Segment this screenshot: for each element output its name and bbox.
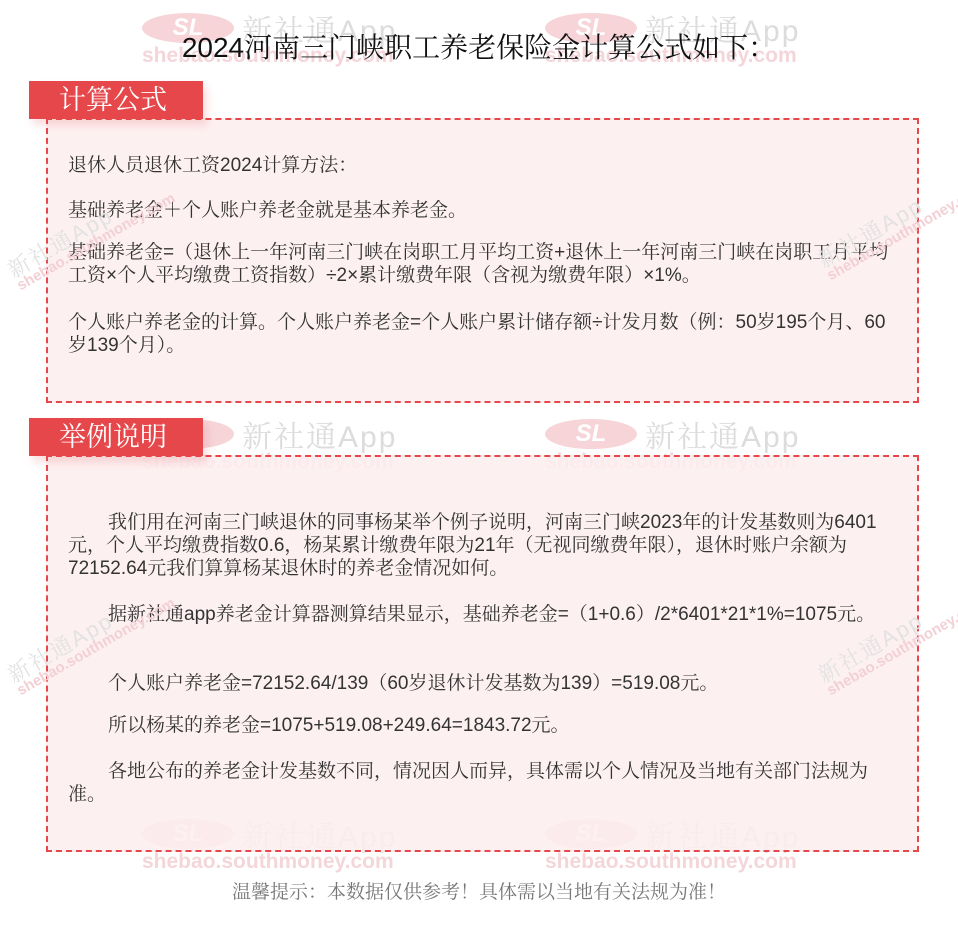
formula-paragraph: 基础养老金=（退休上一年河南三门峡在岗职工月平均工资+退休上一年河南三门峡在岗职… [68,241,891,287]
watermark-title: 新社通App [645,412,800,456]
formula-paragraph: 退休人员退休工资2024计算方法： [68,154,891,177]
example-paragraph: 据新社通app养老金计算器测算结果显示，基础养老金=（1+0.6）/2*6401… [68,603,891,626]
formula-box: 退休人员退休工资2024计算方法： 基础养老金＋个人账户养老金就是基本养老金。 … [46,118,919,403]
example-paragraph: 我们用在河南三门峡退休的同事杨某举个例子说明，河南三门峡2023年的计发基数则为… [68,511,891,580]
watermark-url: shebao.southmoney.com [142,850,397,874]
section-tag-example: 举例说明 [29,418,203,456]
example-box: 我们用在河南三门峡退休的同事杨某举个例子说明，河南三门峡2023年的计发基数则为… [46,455,919,852]
section-tag-formula: 计算公式 [29,81,203,119]
footer-disclaimer: 温馨提示：本数据仅供参考！具体需以当地有关法规为准！ [0,877,958,904]
formula-paragraph: 基础养老金＋个人账户养老金就是基本养老金。 [68,199,891,222]
example-paragraph: 所以杨某的养老金=1075+519.08+249.64=1843.72元。 [68,714,891,737]
example-paragraph: 个人账户养老金=72152.64/139（60岁退休计发基数为139）=519.… [68,672,891,695]
formula-paragraph: 个人账户养老金的计算。个人账户养老金=个人账户累计储存额÷计发月数（例：50岁1… [68,311,891,357]
page-title: 2024河南三门峡职工养老保险金计算公式如下： [0,26,958,66]
watermark-url: shebao.southmoney.com [545,850,800,874]
example-paragraph: 各地公布的养老金计发基数不同，情况因人而异，具体需以个人情况及当地有关部门法规为… [68,760,891,806]
watermark-logo-icon: SL [545,419,637,449]
watermark-title: 新社通App [242,412,397,456]
